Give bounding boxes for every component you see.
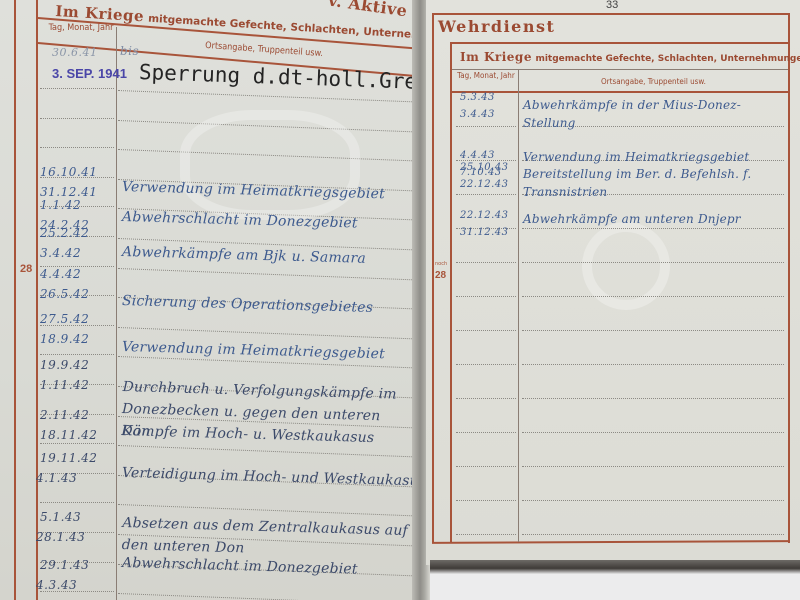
ruled-line bbox=[456, 534, 516, 535]
right-side-note: noch bbox=[435, 261, 447, 267]
left-outer-border bbox=[14, 0, 16, 600]
entry-date: 22.12.43 bbox=[460, 179, 509, 190]
ruled-line bbox=[456, 398, 516, 399]
entry-text: Abwehrkämpfe am unteren Dnjepr bbox=[523, 210, 741, 228]
entry-date: 19.9.42 bbox=[40, 358, 89, 372]
ruled-line bbox=[522, 228, 784, 229]
ruled-line bbox=[522, 330, 784, 331]
entry-date: 26.5.42 bbox=[40, 287, 89, 301]
right-frame-bottom bbox=[432, 540, 790, 544]
entry-date: 31.12.41 bbox=[40, 185, 97, 199]
ruled-line bbox=[522, 398, 784, 399]
pre-stamp-text: bis bbox=[120, 44, 139, 58]
right-header-rule-bottom bbox=[452, 91, 788, 93]
right-page: 33 Wehrdienst Im Kriege mitgemachte Gefe… bbox=[426, 0, 800, 565]
left-header-fragment: v. Aktive bbox=[327, 0, 409, 20]
right-frame-right bbox=[788, 13, 790, 543]
ruled-line bbox=[456, 126, 516, 127]
ruled-line bbox=[456, 194, 516, 195]
ruled-line bbox=[118, 268, 414, 280]
ruled-line bbox=[456, 330, 516, 331]
ruled-line bbox=[522, 500, 784, 501]
right-inner-frame-top bbox=[450, 42, 790, 44]
left-side-number: 28 bbox=[20, 263, 32, 275]
ruled-line bbox=[522, 296, 784, 297]
entry-text: Bereitstellung im Ber. d. Befehlsh. f. T… bbox=[523, 165, 785, 201]
entry-date: 22.12.43 bbox=[460, 210, 509, 221]
pre-stamp-date: 30.6.41 bbox=[52, 46, 98, 59]
right-column-place-header: Ortsangabe, Truppenteil usw. bbox=[601, 77, 706, 86]
right-section-title-bold: Im Kriege bbox=[460, 50, 532, 64]
right-page-title: Wehrdienst bbox=[438, 17, 555, 36]
entry-date: 25.10.43 bbox=[460, 162, 509, 173]
left-column-place-header: Ortsangabe, Truppenteil usw. bbox=[205, 42, 323, 59]
stamp-date: 3. SEP. 1941 bbox=[52, 66, 127, 81]
right-inner-frame-left bbox=[450, 42, 452, 542]
entry-text: Sicherung des Operationsgebietes bbox=[122, 290, 374, 319]
ruled-line bbox=[456, 296, 516, 297]
entry-date: 3.4.42 bbox=[40, 246, 81, 260]
entry-date: 27.5.42 bbox=[40, 312, 89, 326]
ruled-line bbox=[118, 593, 414, 600]
entry-date: 5.1.43 bbox=[40, 510, 81, 524]
entry-date: 1.11.42 bbox=[40, 378, 89, 392]
entry-date: 2.11.42 bbox=[40, 408, 89, 422]
ruled-line bbox=[40, 354, 114, 355]
ruled-line bbox=[456, 466, 516, 467]
ruled-line bbox=[522, 534, 784, 535]
ruled-line bbox=[456, 500, 516, 501]
ruled-line bbox=[40, 502, 114, 503]
entry-date: 3.4.43 bbox=[460, 109, 495, 120]
ruled-line bbox=[522, 364, 784, 365]
entry-date: 18.11.42 bbox=[40, 428, 97, 442]
right-header-rule bbox=[452, 69, 788, 70]
entry-date: 29.1.43 bbox=[40, 558, 89, 572]
ruled-line bbox=[40, 147, 114, 148]
entry-text: Verteidigung im Hoch- und Westkaukasus bbox=[122, 462, 413, 492]
entry-text: Verwendung im Heimatkriegsgebiet bbox=[523, 148, 749, 166]
right-section-title: Im Kriege mitgemachte Gefechte, Schlacht… bbox=[460, 50, 800, 64]
background-surface bbox=[430, 574, 800, 600]
right-column-date-header: Tag, Monat, Jahr bbox=[456, 71, 516, 80]
left-column-date-header: Tag, Monat, Jahr bbox=[46, 24, 116, 33]
ruled-line bbox=[456, 432, 516, 433]
right-frame-left bbox=[432, 13, 434, 543]
entry-date: 4.4.43 bbox=[460, 150, 495, 161]
entry-date: 31.12.43 bbox=[460, 227, 509, 238]
ruled-line bbox=[456, 262, 516, 263]
entry-date: 4.3.43 bbox=[36, 578, 77, 592]
entry-date: 4.4.42 bbox=[40, 267, 81, 281]
page-edge-shadow bbox=[430, 560, 800, 574]
entry-text: Verwendung im Heimatkriegsgebiet bbox=[122, 336, 386, 365]
ruled-line bbox=[522, 262, 784, 263]
right-section-title-rest: mitgemachte Gefechte, Schlachten, Untern… bbox=[535, 54, 800, 64]
left-inner-border bbox=[36, 0, 38, 600]
entry-date: 4.1.43 bbox=[36, 471, 77, 485]
entry-date: 5.3.43 bbox=[460, 92, 495, 103]
left-page: v. Aktive Im Kriege mitgemachte Gefechte… bbox=[0, 0, 418, 600]
ruled-line bbox=[522, 432, 784, 433]
right-side-number: 28 bbox=[435, 270, 446, 281]
ruled-line bbox=[522, 466, 784, 467]
right-page-number: 33 bbox=[606, 0, 618, 11]
stamp-text: Sperrung d.dt-holl.Grenze bbox=[139, 60, 456, 95]
left-column-divider bbox=[116, 27, 117, 600]
entry-date: 16.10.41 bbox=[40, 165, 97, 179]
entry-date: 28.1.43 bbox=[36, 530, 85, 544]
entry-date: 1.1.42 bbox=[40, 198, 81, 212]
right-frame-top bbox=[432, 13, 790, 15]
ruled-line bbox=[40, 88, 114, 89]
entry-text: Abwehrkämpfe in der Mius-Donez-Stellung bbox=[523, 96, 785, 132]
right-column-divider bbox=[518, 70, 519, 542]
ruled-line bbox=[40, 443, 114, 444]
entry-date: 18.9.42 bbox=[40, 332, 89, 346]
ruled-line bbox=[40, 118, 114, 119]
open-booklet: v. Aktive Im Kriege mitgemachte Gefechte… bbox=[0, 0, 800, 600]
entry-date: 25.2.42 bbox=[40, 226, 89, 240]
entry-date: 19.11.42 bbox=[40, 451, 97, 465]
ruled-line bbox=[456, 364, 516, 365]
